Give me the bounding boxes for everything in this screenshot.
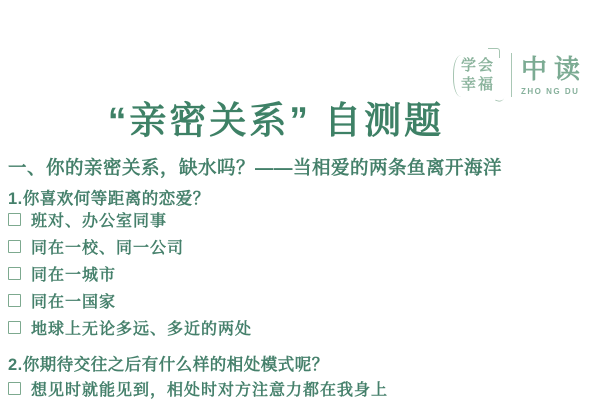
page-title: “亲密关系” 自测题 [0, 90, 552, 144]
option-label: 同在一城市 [31, 262, 116, 285]
option-label: 班对、办公室同事 [31, 208, 167, 231]
question-2-label: 2.你期待交往之后有什么样的相处模式呢？ [8, 351, 329, 375]
question-2-option-row[interactable]: 想见时就能见到，相处时对方注意力都在我身上 [8, 377, 388, 399]
section-heading: 一、你的亲密关系，缺水吗？——当相爱的两条鱼离开海洋 [8, 154, 502, 180]
questionnaire-page: 学会 幸福 中读 ZHO NG DU “亲密关系” 自测题 一、你的亲密关系，缺… [0, 0, 600, 400]
question-1-option-row[interactable]: 同在一国家 [8, 289, 116, 311]
checkbox-icon[interactable] [8, 240, 21, 253]
checkbox-icon[interactable] [8, 294, 21, 307]
question-1-option-row[interactable]: 同在一城市 [8, 262, 116, 284]
checkbox-icon[interactable] [8, 382, 21, 395]
question-1-option-row[interactable]: 班对、办公室同事 [8, 208, 167, 230]
option-label: 同在一校、同一公司 [31, 235, 184, 258]
option-label: 同在一国家 [31, 289, 116, 312]
question-1-label: 1.你喜欢何等距离的恋爱？ [8, 185, 210, 209]
seal-bracket-icon [488, 48, 500, 58]
option-label: 想见时就能见到，相处时对方注意力都在我身上 [31, 377, 388, 400]
checkbox-icon[interactable] [8, 267, 21, 280]
checkbox-icon[interactable] [8, 321, 21, 334]
question-1-option-row[interactable]: 同在一校、同一公司 [8, 235, 184, 257]
brand-name: 中读 [521, 54, 587, 84]
checkbox-icon[interactable] [8, 213, 21, 226]
question-1-option-row[interactable]: 地球上无论多远、多近的两处 [8, 316, 252, 338]
option-label: 地球上无论多远、多近的两处 [31, 316, 252, 339]
